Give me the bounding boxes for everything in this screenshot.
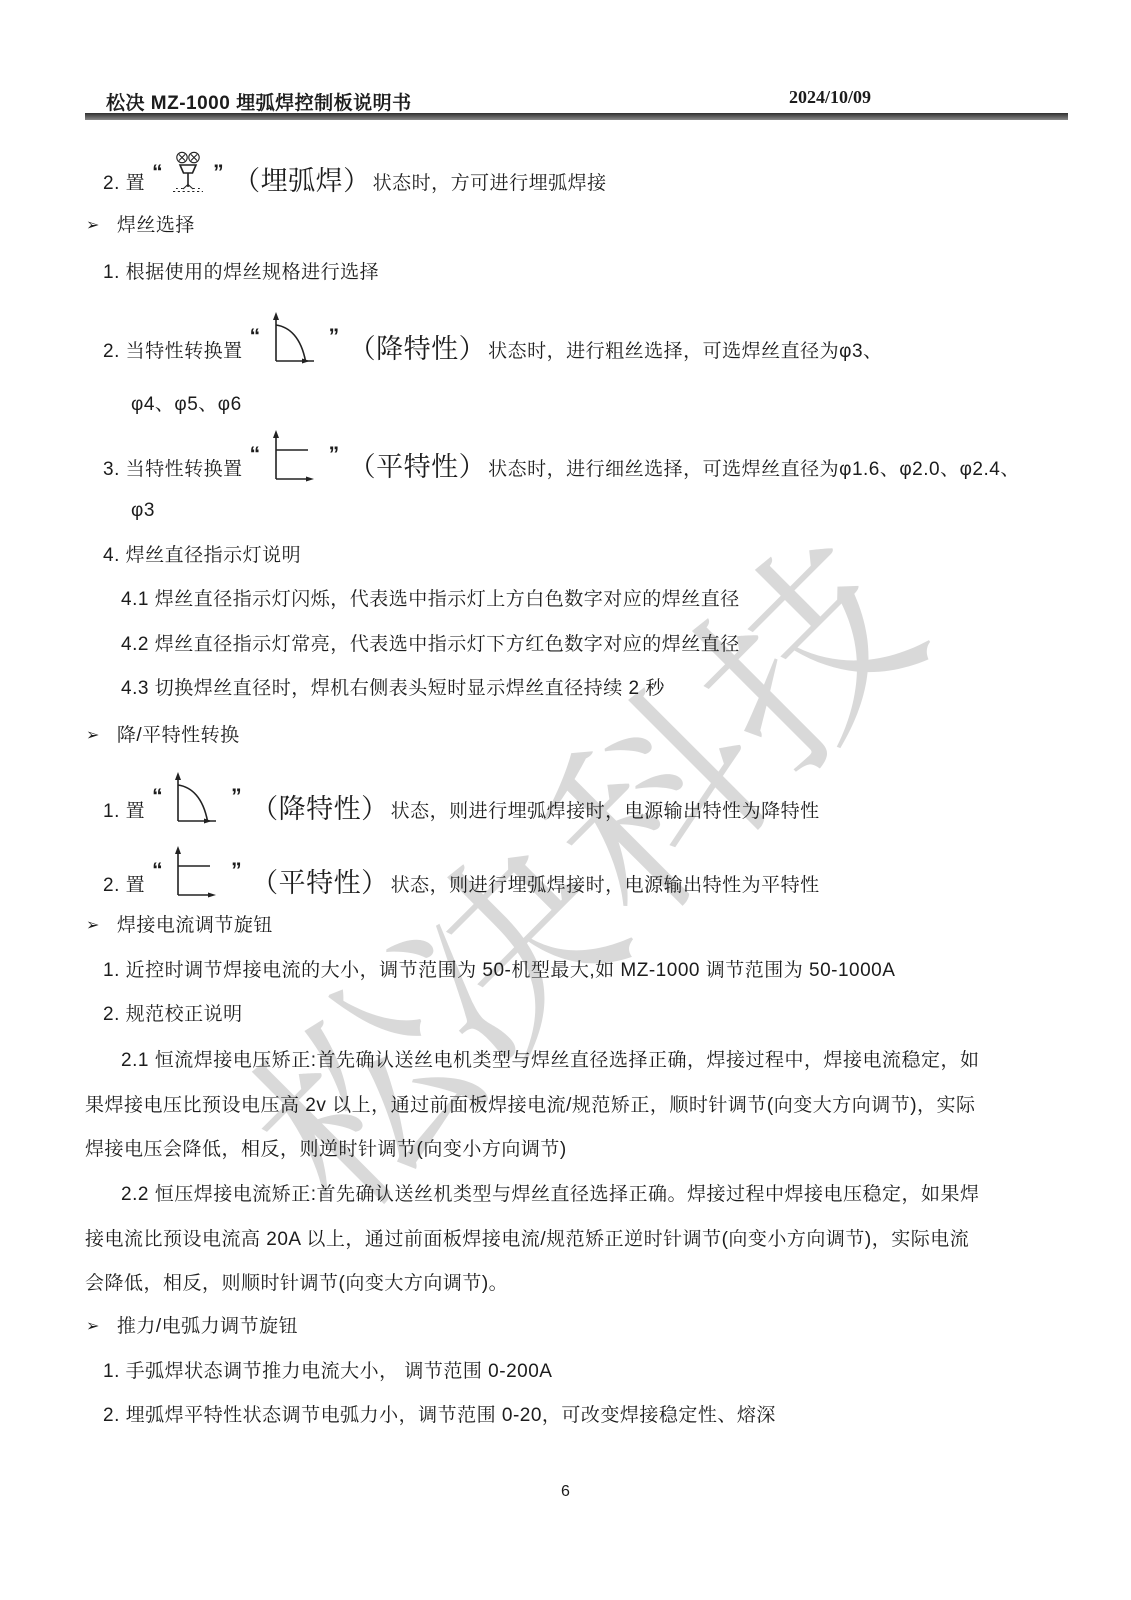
list-item: 1. 手弧焊状态调节推力电流大小， 调节范围 0-200A	[103, 1360, 552, 1384]
document-page: 松决 MZ-1000 埋弧焊控制板说明书 2024/10/09 松决科技 2. …	[0, 0, 1131, 1600]
droop-characteristic-icon	[170, 770, 224, 824]
arrow-bullet-icon: ➢	[86, 914, 100, 938]
arrow-bullet-icon: ➢	[86, 724, 100, 748]
list-item-text-large: （降特性）	[251, 794, 389, 824]
list-item-text-large: （平特性）	[251, 868, 389, 898]
list-item-text: 2. 置	[103, 874, 145, 898]
open-quote: “	[250, 325, 261, 349]
section-heading-text: 降/平特性转换	[117, 724, 240, 748]
header-date: 2024/10/09	[789, 87, 871, 108]
arrow-bullet-icon: ➢	[86, 214, 100, 238]
list-item: 4.3 切换焊丝直径时，焊机右侧表头短时显示焊丝直径持续 2 秒	[121, 677, 665, 701]
list-item-text: 状态时，进行粗丝选择，可选焊丝直径为φ3、	[488, 340, 882, 364]
list-item: 1. 根据使用的焊丝规格进行选择	[103, 261, 379, 285]
flat-characteristic-icon	[170, 844, 224, 898]
paragraph-line: 果焊接电压比预设电压高 2v 以上，通过前面板焊接电流/规范矫正，顺时针调节(向…	[85, 1094, 976, 1118]
paragraph-line: 焊接电压会降低，相反，则逆时针调节(向变小方向调节)	[85, 1138, 567, 1162]
list-item: φ4、φ5、φ6	[131, 393, 242, 417]
open-quote: “	[152, 785, 163, 809]
list-item-text: 状态，则进行埋弧焊接时，电源输出特性为平特性	[391, 874, 820, 898]
close-quote: ”	[231, 859, 242, 883]
list-item: 1. 置 “ ” （降特性） 状态，则进行埋弧焊接时，电源输出特性为降特性	[103, 770, 820, 824]
list-item: 2. 置 “ ” （平特性） 状态，则进行埋弧焊接时，电源输出特性为平特性	[103, 844, 820, 898]
list-item: 3. 当特性转换置 “ ” （平特性） 状态时，进行细丝选择，可选焊丝直径为φ1…	[103, 428, 1020, 482]
list-item: φ3	[131, 499, 155, 523]
paragraph-line: 接电流比预设电流高 20A 以上，通过前面板焊接电流/规范矫正逆时针调节(向变小…	[85, 1228, 969, 1252]
list-item-text: 1. 置	[103, 800, 145, 824]
droop-characteristic-icon	[268, 310, 322, 364]
list-item-text-large: （埋弧焊）	[233, 166, 371, 196]
header-rule	[85, 113, 1068, 120]
page-number: 6	[0, 1483, 1131, 1501]
arrow-bullet-icon: ➢	[86, 1315, 100, 1339]
list-item: 2. 当特性转换置 “ ” （降特性） 状态时，进行粗丝选择，可选焊丝直径为φ3…	[103, 310, 883, 364]
close-quote: ”	[213, 161, 224, 185]
list-item: 2. 规范校正说明	[103, 1003, 243, 1027]
paragraph-line: 2.1 恒流焊接电压矫正:首先确认送丝电机类型与焊丝直径选择正确，焊接过程中，焊…	[121, 1049, 979, 1073]
list-item-text: 状态，则进行埋弧焊接时，电源输出特性为降特性	[391, 800, 820, 824]
paragraph-line: 2.2 恒压焊接电流矫正:首先确认送丝机类型与焊丝直径选择正确。焊接过程中焊接电…	[121, 1183, 979, 1207]
section-heading: ➢ 焊接电流调节旋钮	[86, 914, 273, 938]
paragraph-line: 会降低，相反，则顺时针调节(向变大方向调节)。	[85, 1272, 508, 1296]
list-item-text: 2. 置	[103, 172, 145, 196]
list-item: 2. 置 “ ” （埋弧焊） 状态时，方可进行埋弧焊接	[103, 150, 607, 196]
close-quote: ”	[329, 325, 340, 349]
list-item: 4.2 焊丝直径指示灯常亮，代表选中指示灯下方红色数字对应的焊丝直径	[121, 633, 740, 657]
list-item-text: 2. 当特性转换置	[103, 340, 243, 364]
list-item-text-large: （降特性）	[349, 334, 487, 364]
page-title: 松决 MZ-1000 埋弧焊控制板说明书	[106, 88, 412, 115]
list-item: 2. 埋弧焊平特性状态调节电弧力小，调节范围 0-20，可改变焊接稳定性、熔深	[103, 1404, 776, 1428]
list-item-text: 状态时，进行细丝选择，可选焊丝直径为φ1.6、φ2.0、φ2.4、	[488, 458, 1020, 482]
submerged-arc-welding-icon	[170, 150, 206, 196]
list-item-text: 3. 当特性转换置	[103, 458, 243, 482]
close-quote: ”	[231, 785, 242, 809]
list-item-text: 状态时，方可进行埋弧焊接	[373, 172, 607, 196]
flat-characteristic-icon	[268, 428, 322, 482]
list-item: 4. 焊丝直径指示灯说明	[103, 544, 301, 568]
section-heading-text: 推力/电弧力调节旋钮	[117, 1315, 298, 1339]
section-heading-text: 焊丝选择	[117, 214, 195, 238]
section-heading: ➢ 焊丝选择	[86, 214, 195, 238]
section-heading-text: 焊接电流调节旋钮	[117, 914, 273, 938]
open-quote: “	[152, 161, 163, 185]
section-heading: ➢ 降/平特性转换	[86, 724, 240, 748]
list-item-text-large: （平特性）	[349, 452, 487, 482]
open-quote: “	[250, 443, 261, 467]
section-heading: ➢ 推力/电弧力调节旋钮	[86, 1315, 298, 1339]
open-quote: “	[152, 859, 163, 883]
close-quote: ”	[329, 443, 340, 467]
list-item: 4.1 焊丝直径指示灯闪烁，代表选中指示灯上方白色数字对应的焊丝直径	[121, 588, 740, 612]
list-item: 1. 近控时调节焊接电流的大小，调节范围为 50-机型最大,如 MZ-1000 …	[103, 959, 895, 983]
